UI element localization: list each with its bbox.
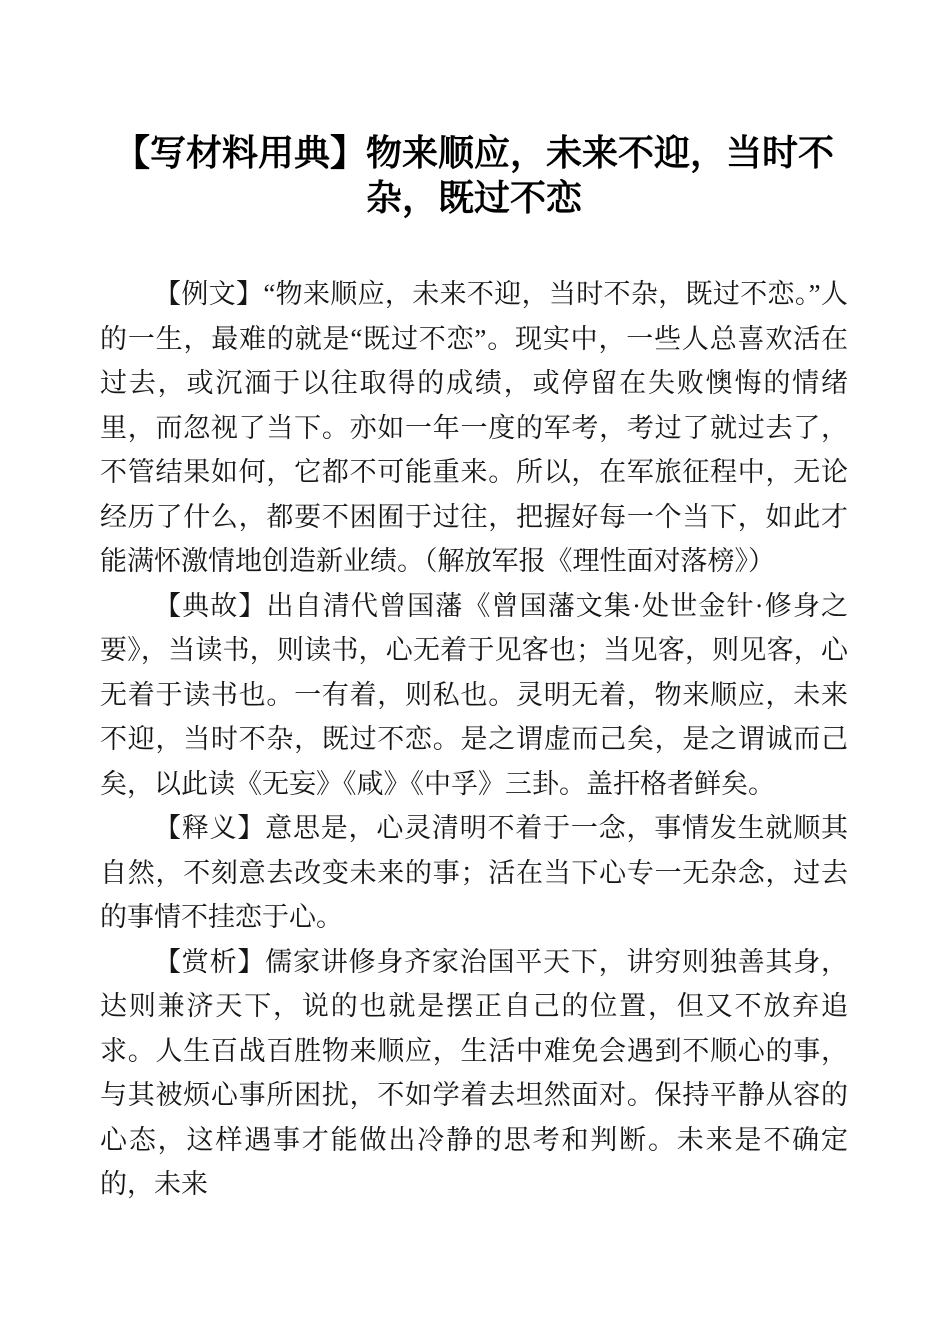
paragraph-label: 【释义】 [154, 813, 265, 843]
paragraph-shiyi: 【释义】意思是，心灵清明不着于一念，事情发生就顺其自然，不刻意去改变未来的事；活… [100, 806, 848, 940]
paragraph-label: 【赏析】 [154, 947, 265, 977]
paragraph-text: “物来顺应，未来不迎，当时不杂，既过不恋。”人的一生，最难的就是“既过不恋”。现… [100, 279, 848, 576]
paragraph-label: 【典故】 [154, 591, 266, 621]
paragraph-text: 儒家讲修身齐家治国平天下，讲穷则独善其身，达则兼济天下，说的也就是摆正自己的位置… [100, 947, 848, 1200]
paragraph-text: 出自清代曾国藩《曾国藩文集·处世金针·修身之要》，当读书，则读书，心无着于见客也… [100, 591, 848, 799]
paragraph-diangu: 【典故】出自清代曾国藩《曾国藩文集·处世金针·修身之要》，当读书，则读书，心无着… [100, 584, 848, 807]
page-title: 【写材料用典】物来顺应，未来不迎，当时不杂，既过不恋 [100, 131, 848, 221]
paragraph-label: 【例文】 [154, 279, 263, 309]
paragraph-liwen: 【例文】“物来顺应，未来不迎，当时不杂，既过不恋。”人的一生，最难的就是“既过不… [100, 272, 848, 584]
document-page: 【写材料用典】物来顺应，未来不迎，当时不杂，既过不恋 【例文】“物来顺应，未来不… [0, 0, 950, 1344]
paragraph-shangxi: 【赏析】儒家讲修身齐家治国平天下，讲穷则独善其身，达则兼济天下，说的也就是摆正自… [100, 940, 848, 1207]
document-body: 【例文】“物来顺应，未来不迎，当时不杂，既过不恋。”人的一生，最难的就是“既过不… [100, 272, 848, 1207]
